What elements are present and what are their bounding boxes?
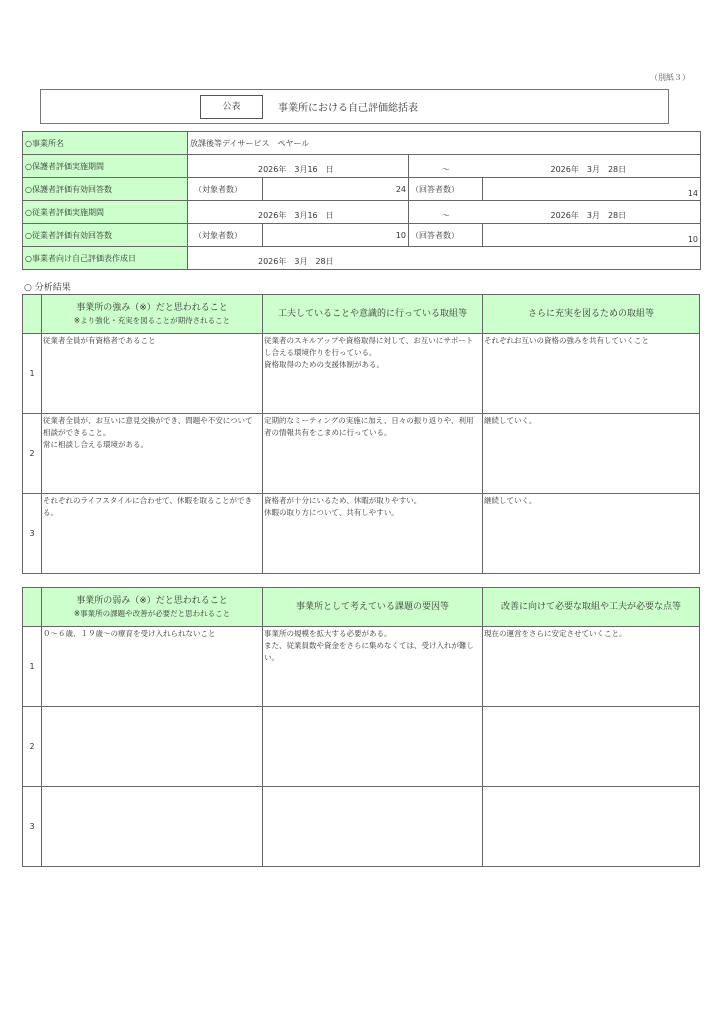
staff-target-label: （対象者数） — [188, 224, 263, 247]
table-cell: それぞれお互いの資格の強みを共有していくこと — [483, 334, 700, 414]
guardian-period-separator: ～ — [409, 155, 483, 178]
guardian-target-label: （対象者数） — [188, 178, 263, 201]
strengths-column-header: 工夫していることや意識的に行っている取組等 — [263, 295, 483, 334]
cell-text-line: 者の情報共有をこまめに行っている。 — [264, 427, 481, 439]
staff-period-separator: ～ — [409, 201, 483, 224]
guardian-target-value: 24 — [263, 178, 409, 201]
strengths-column-header: 事業所の強み（※）だと思われること※より強化・充実を図ることが期待されること — [42, 295, 263, 334]
strengths-header-row: 事業所の強み（※）だと思われること※より強化・充実を図ることが期待されること工夫… — [23, 295, 700, 334]
created-date-value: 2026年 3月 28日 — [188, 247, 701, 270]
column-header-note: ※事業所の課題や改善が必要だと思われること — [42, 608, 262, 619]
table-row: 1０～６歳、１９歳～の療育を受け入れられないこと事業所の規模を拡大する必要がある… — [23, 627, 700, 707]
column-header-title: 事業所として考えている課題の要因等 — [263, 601, 482, 614]
table-cell: 継続していく。 — [483, 414, 700, 494]
table-row: 3それぞれのライフスタイルに合わせて、休暇を取ることができる。資格者が十分にいる… — [23, 494, 700, 574]
row-number: 1 — [23, 627, 42, 707]
cell-text-line: 従業者全員が、お互いに意見交換ができ、問題や不安について — [43, 415, 261, 427]
column-header-title: 工夫していることや意識的に行っている取組等 — [263, 308, 482, 321]
column-header-title: 事業所の弱み（※）だと思われること — [42, 595, 262, 608]
table-cell: ０～６歳、１９歳～の療育を受け入れられないこと — [42, 627, 263, 707]
cell-text-line: 現在の運営をさらに安定させていくこと。 — [484, 628, 698, 640]
weaknesses-column-header: 事業所として考えている課題の要因等 — [263, 588, 483, 627]
row-number: 3 — [23, 494, 42, 574]
table-row: 3 — [23, 787, 700, 867]
guardian-answer-value: 14 — [483, 178, 701, 201]
weaknesses-column-header: 改善に向けて必要な取組や工夫が必要な点等 — [483, 588, 700, 627]
weaknesses-table: 事業所の弱み（※）だと思われること※事業所の課題や改善が必要だと思われること事業… — [22, 587, 700, 867]
cell-text-line: 継続していく。 — [484, 415, 698, 427]
column-header-title: 改善に向けて必要な取組や工夫が必要な点等 — [483, 601, 699, 614]
table-row: 2従業者全員が、お互いに意見交換ができ、問題や不安について相談ができること。常に… — [23, 414, 700, 494]
page-title: 事業所における自己評価総括表 — [278, 99, 418, 114]
table-cell: 従業者のスキルアップや資格取得に対して、お互いにサポートし合える環境作りを行って… — [263, 334, 483, 414]
office-name-label: ○事業所名 — [23, 132, 188, 155]
office-name-value: 放課後等デイサービス ペヤール — [188, 132, 701, 155]
cell-text-line: 定期的なミーティングの実施に加え、日々の振り返りや、利用 — [264, 415, 481, 427]
staff-count-label: ○従業者評価有効回答数 — [23, 224, 188, 247]
info-row-staff-count: ○従業者評価有効回答数 （対象者数） 10 （回答者数） 10 — [23, 224, 701, 247]
info-row-created-date: ○事業者向け自己評価表作成日 2026年 3月 28日 — [23, 247, 701, 270]
cell-text-line: ０～６歳、１９歳～の療育を受け入れられないこと — [43, 628, 261, 640]
table-cell — [483, 787, 700, 867]
row-number: 2 — [23, 707, 42, 787]
table-cell: 定期的なミーティングの実施に加え、日々の振り返りや、利用者の情報共有をこまめに行… — [263, 414, 483, 494]
cell-text-line: 相談ができること。 — [43, 427, 261, 439]
table-cell: 事業所の規模を拡大する必要がある。また、従業員数や資金をさらに集めなくては、受け… — [263, 627, 483, 707]
public-badge: 公表 — [200, 95, 263, 119]
staff-period-start: 2026年 3月16 日 — [188, 201, 409, 224]
column-header-title: さらに充実を図るための取組等 — [483, 308, 699, 321]
guardian-answer-label: （回答者数） — [409, 178, 483, 201]
info-row-guardian-period: ○保護者評価実施期間 2026年 3月16 日 ～ 2026年 3月 28日 — [23, 155, 701, 178]
table-row: 2 — [23, 707, 700, 787]
table-cell — [263, 787, 483, 867]
row-number: 1 — [23, 334, 42, 414]
weaknesses-header-row: 事業所の弱み（※）だと思われること※事業所の課題や改善が必要だと思われること事業… — [23, 588, 700, 627]
table-row: 1従業者全員が有資格者であること従業者のスキルアップや資格取得に対して、お互いに… — [23, 334, 700, 414]
guardian-count-label: ○保護者評価有効回答数 — [23, 178, 188, 201]
guardian-period-label: ○保護者評価実施期間 — [23, 155, 188, 178]
table-cell — [42, 787, 263, 867]
row-number: 2 — [23, 414, 42, 494]
created-date-label: ○事業者向け自己評価表作成日 — [23, 247, 188, 270]
staff-target-value: 10 — [263, 224, 409, 247]
cell-text-line: る。 — [43, 507, 261, 519]
staff-period-end: 2026年 3月 28日 — [483, 201, 701, 224]
table-cell: 資格者が十分にいるため、休暇が取りやすい。休暇の取り方について、共有しやすい。 — [263, 494, 483, 574]
info-row-staff-period: ○従業者評価実施期間 2026年 3月16 日 ～ 2026年 3月 28日 — [23, 201, 701, 224]
cell-text-line: それぞれのライフスタイルに合わせて、休暇を取ることができ — [43, 495, 261, 507]
staff-answer-value: 10 — [483, 224, 701, 247]
cell-text-line: 従業者全員が有資格者であること — [43, 335, 261, 347]
table-cell: 従業者全員が、お互いに意見交換ができ、問題や不安について相談ができること。常に相… — [42, 414, 263, 494]
info-row-office-name: ○事業所名 放課後等デイサービス ペヤール — [23, 132, 701, 155]
column-header-note: ※より強化・充実を図ることが期待されること — [42, 315, 262, 326]
analysis-section-label: ○ 分析結果 — [24, 280, 71, 293]
guardian-period-end: 2026年 3月 28日 — [483, 155, 701, 178]
table-cell: それぞれのライフスタイルに合わせて、休暇を取ることができる。 — [42, 494, 263, 574]
column-header-title: 事業所の強み（※）だと思われること — [42, 302, 262, 315]
guardian-period-start: 2026年 3月16 日 — [188, 155, 409, 178]
table-cell: 現在の運営をさらに安定させていくこと。 — [483, 627, 700, 707]
cell-text-line: 継続していく。 — [484, 495, 698, 507]
number-column-header — [23, 588, 42, 627]
strengths-column-header: さらに充実を図るための取組等 — [483, 295, 700, 334]
table-cell — [483, 707, 700, 787]
cell-text-line: し合える環境作りを行っている。 — [264, 347, 481, 359]
cell-text-line: 従業者のスキルアップや資格取得に対して、お互いにサポート — [264, 335, 481, 347]
table-cell — [42, 707, 263, 787]
cell-text-line: 資格取得のための支援体制がある。 — [264, 359, 481, 371]
weaknesses-column-header: 事業所の弱み（※）だと思われること※事業所の課題や改善が必要だと思われること — [42, 588, 263, 627]
staff-period-label: ○従業者評価実施期間 — [23, 201, 188, 224]
cell-text-line: 常に相談し合える環境がある。 — [43, 439, 261, 451]
info-table: ○事業所名 放課後等デイサービス ペヤール ○保護者評価実施期間 2026年 3… — [22, 131, 701, 270]
table-cell: 従業者全員が有資格者であること — [42, 334, 263, 414]
staff-answer-label: （回答者数） — [409, 224, 483, 247]
cell-text-line: 資格者が十分にいるため、休暇が取りやすい。 — [264, 495, 481, 507]
row-number: 3 — [23, 787, 42, 867]
cell-text-line: それぞれお互いの資格の強みを共有していくこと — [484, 335, 698, 347]
table-cell — [263, 707, 483, 787]
cell-text-line: 事業所の規模を拡大する必要がある。 — [264, 628, 481, 640]
cell-text-line: い。 — [264, 652, 481, 664]
cell-text-line: 休暇の取り方について、共有しやすい。 — [264, 507, 481, 519]
info-row-guardian-count: ○保護者評価有効回答数 （対象者数） 24 （回答者数） 14 — [23, 178, 701, 201]
cell-text-line: また、従業員数や資金をさらに集めなくては、受け入れが難し — [264, 640, 481, 652]
strengths-table: 事業所の強み（※）だと思われること※より強化・充実を図ることが期待されること工夫… — [22, 294, 700, 574]
number-column-header — [23, 295, 42, 334]
table-cell: 継続していく。 — [483, 494, 700, 574]
attachment-label: （別紙３） — [650, 72, 690, 83]
